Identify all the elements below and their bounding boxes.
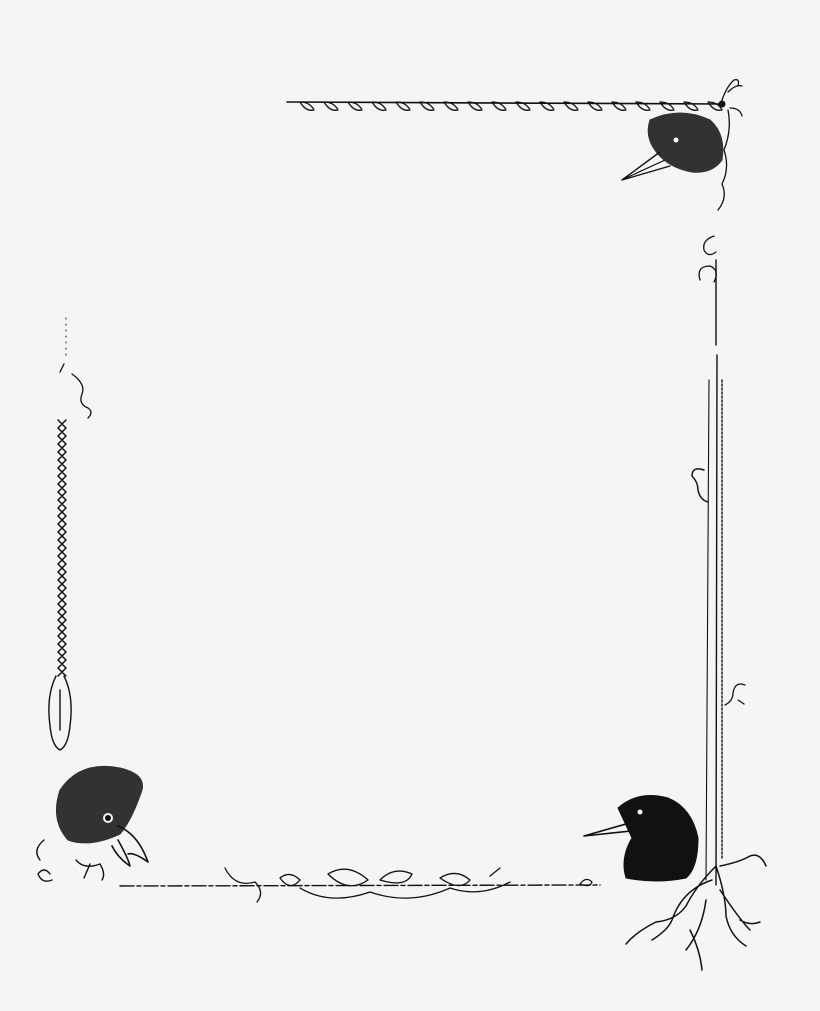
top-right-crow-head [622, 113, 723, 180]
left-chain-border [49, 318, 91, 750]
top-floral-vine-border [287, 80, 742, 116]
right-vine-border [692, 110, 745, 885]
decorative-frame-illustration [0, 0, 820, 1011]
bottom-right-crow-head [584, 796, 698, 881]
bottom-ribbon-border [120, 868, 600, 902]
bottom-left-crow [37, 766, 148, 881]
